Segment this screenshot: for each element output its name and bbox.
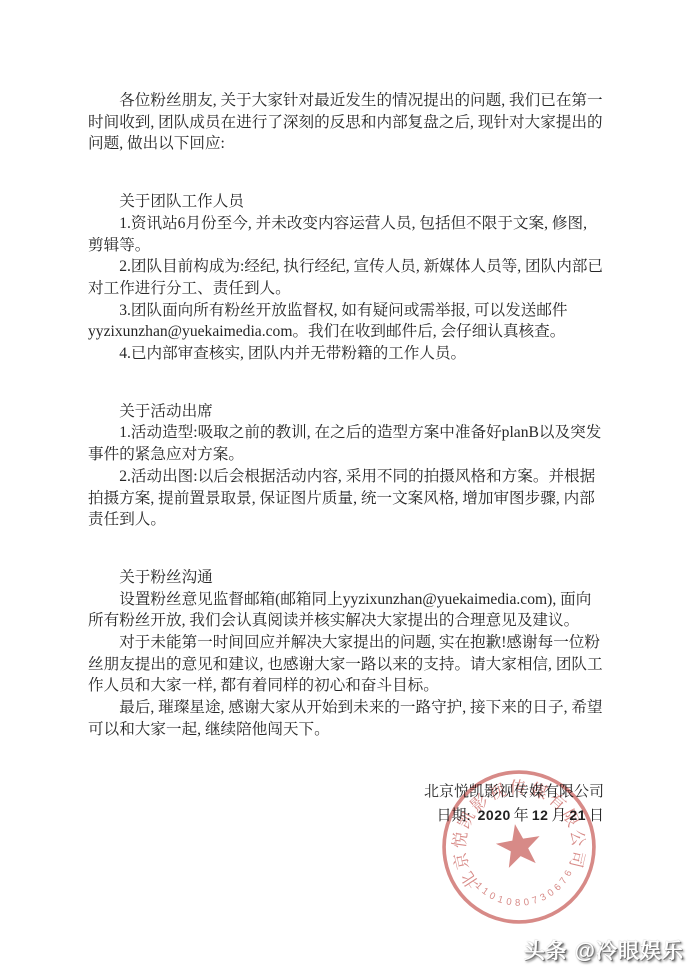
date-month: 12 (532, 807, 549, 823)
date-label: 日期: (436, 808, 470, 824)
signature-company: 北京悦凯影视传媒有限公司 (88, 781, 604, 804)
toutiao-watermark: 头条 @冷眼娱乐 (524, 935, 684, 965)
date-year-unit: 年 (514, 808, 529, 824)
seal-number-arc: 1101080730676 (472, 864, 582, 917)
events-item-1: 1.活动造型:吸取之前的教训, 在之后的造型方案中准备好planB以及突发事件的… (88, 422, 604, 465)
statement-body: 各位粉丝朋友, 关于大家针对最近发生的情况提出的问题, 我们已在第一时间收到, … (88, 90, 604, 828)
section-heading-events: 关于活动出席 (88, 401, 604, 423)
seal-star-icon (493, 820, 544, 869)
date-year: 2020 (478, 807, 511, 823)
events-item-2: 2.活动出图:以后会根据活动内容, 采用不同的拍摄风格和方案。并根据拍摄方案, … (88, 466, 604, 531)
statement-document: 各位粉丝朋友, 关于大家针对最近发生的情况提出的问题, 我们已在第一时间收到, … (0, 0, 690, 976)
section-events: 关于活动出席 1.活动造型:吸取之前的教训, 在之后的造型方案中准备好planB… (88, 401, 604, 531)
section-heading-fans: 关于粉丝沟通 (88, 567, 604, 589)
section-team: 关于团队工作人员 1.资讯站6月份至今, 并未改变内容运营人员, 包括但不限于文… (88, 191, 604, 365)
section-heading-team: 关于团队工作人员 (88, 191, 604, 213)
date-day-unit: 日 (589, 808, 604, 824)
team-item-2: 2.团队目前构成为:经纪, 执行经纪, 宣传人员, 新媒体人员等, 团队内部已对… (88, 256, 604, 299)
signature-date: 日期:2020年12月21日 (88, 804, 604, 828)
apology-paragraph: 对于未能第一时间回应并解决大家提出的问题, 实在抱歉!感谢每一位粉丝朋友提出的意… (88, 632, 604, 697)
date-day: 21 (569, 807, 586, 823)
team-item-4: 4.已内部审查核实, 团队内并无带粉籍的工作人员。 (88, 343, 604, 365)
team-item-3: 3.团队面向所有粉丝开放监督权, 如有疑问或需举报, 可以发送邮件yyzixun… (88, 300, 604, 343)
final-paragraph: 最后, 璀璨星途, 感谢大家从开始到未来的一路守护, 接下来的日子, 希望可以和… (88, 697, 604, 740)
date-month-unit: 月 (551, 808, 566, 824)
fans-item-1: 设置粉丝意见监督邮箱(邮箱同上yyzixunzhan@yuekaimedia.c… (88, 589, 604, 632)
intro-paragraph: 各位粉丝朋友, 关于大家针对最近发生的情况提出的问题, 我们已在第一时间收到, … (88, 90, 604, 155)
signature-block: 北京悦凯影视传媒有限公司 日期:2020年12月21日 (88, 781, 604, 828)
section-fans: 关于粉丝沟通 设置粉丝意见监督邮箱(邮箱同上yyzixunzhan@yuekai… (88, 567, 604, 632)
team-item-1: 1.资讯站6月份至今, 并未改变内容运营人员, 包括但不限于文案, 修图, 剪辑… (88, 213, 604, 256)
